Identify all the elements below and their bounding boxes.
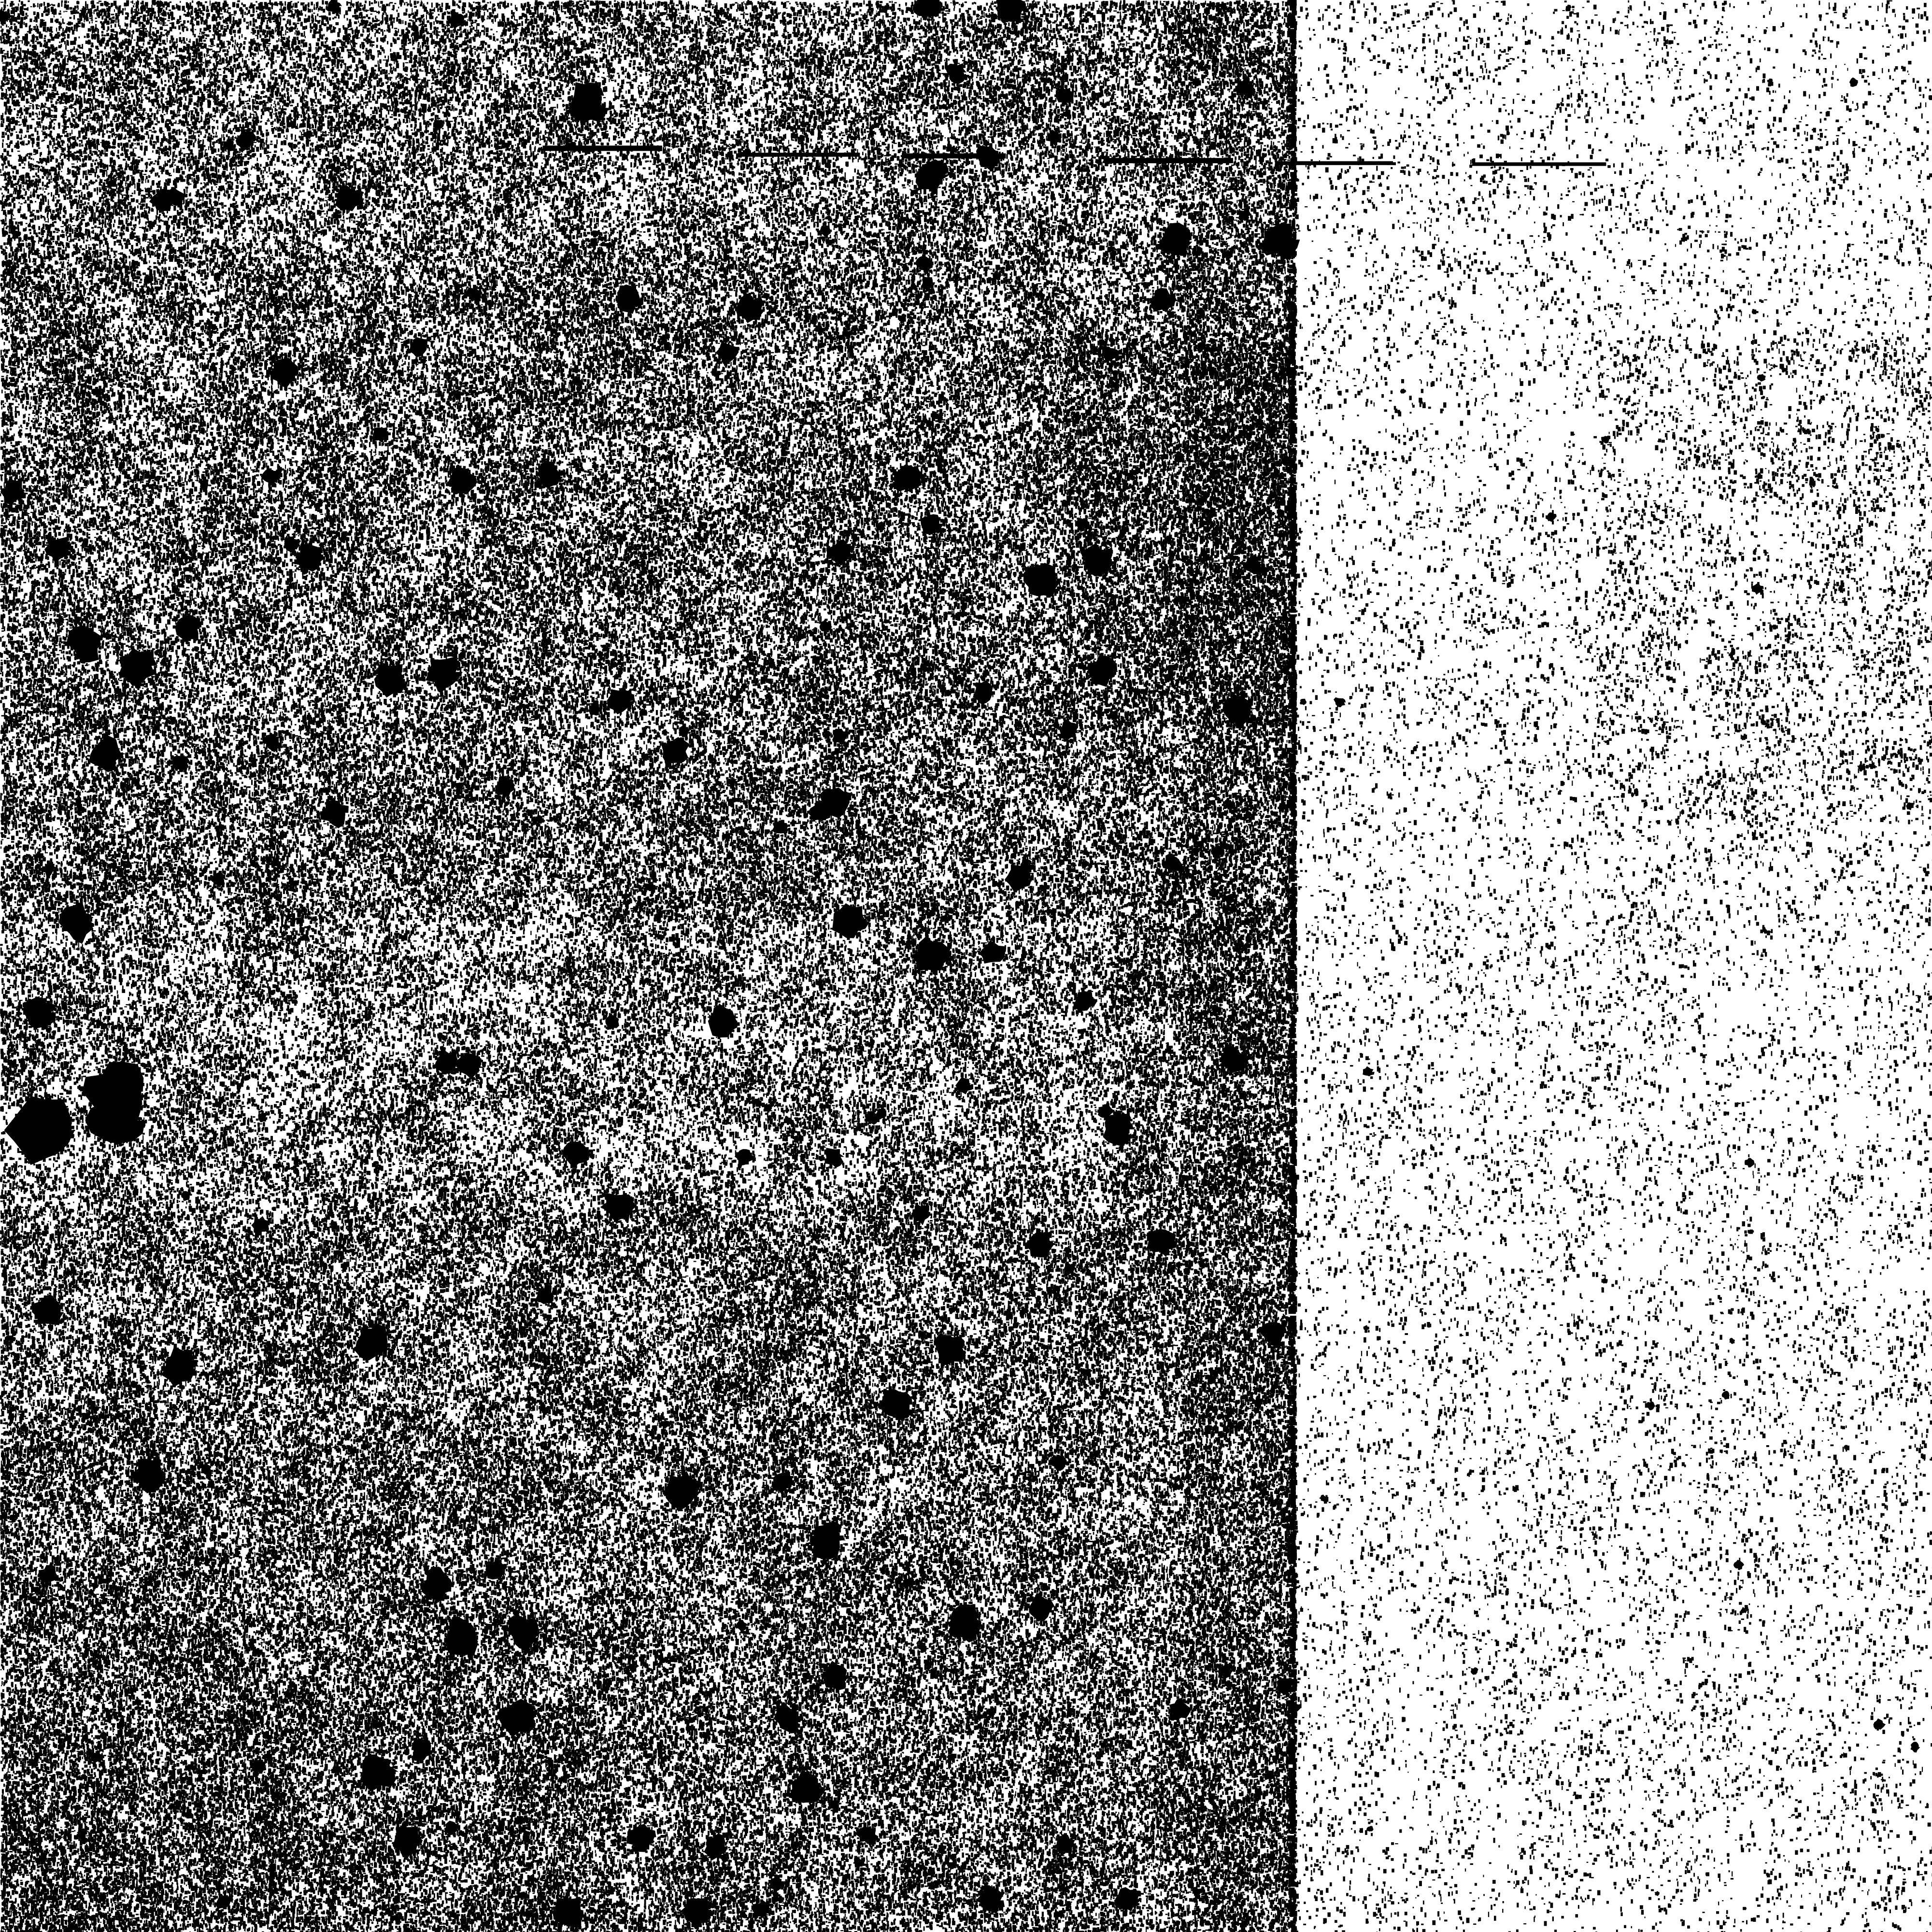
grunge-texture: Black and white distressed grunge textur… <box>0 0 1932 1932</box>
texture-canvas <box>0 0 1932 1932</box>
